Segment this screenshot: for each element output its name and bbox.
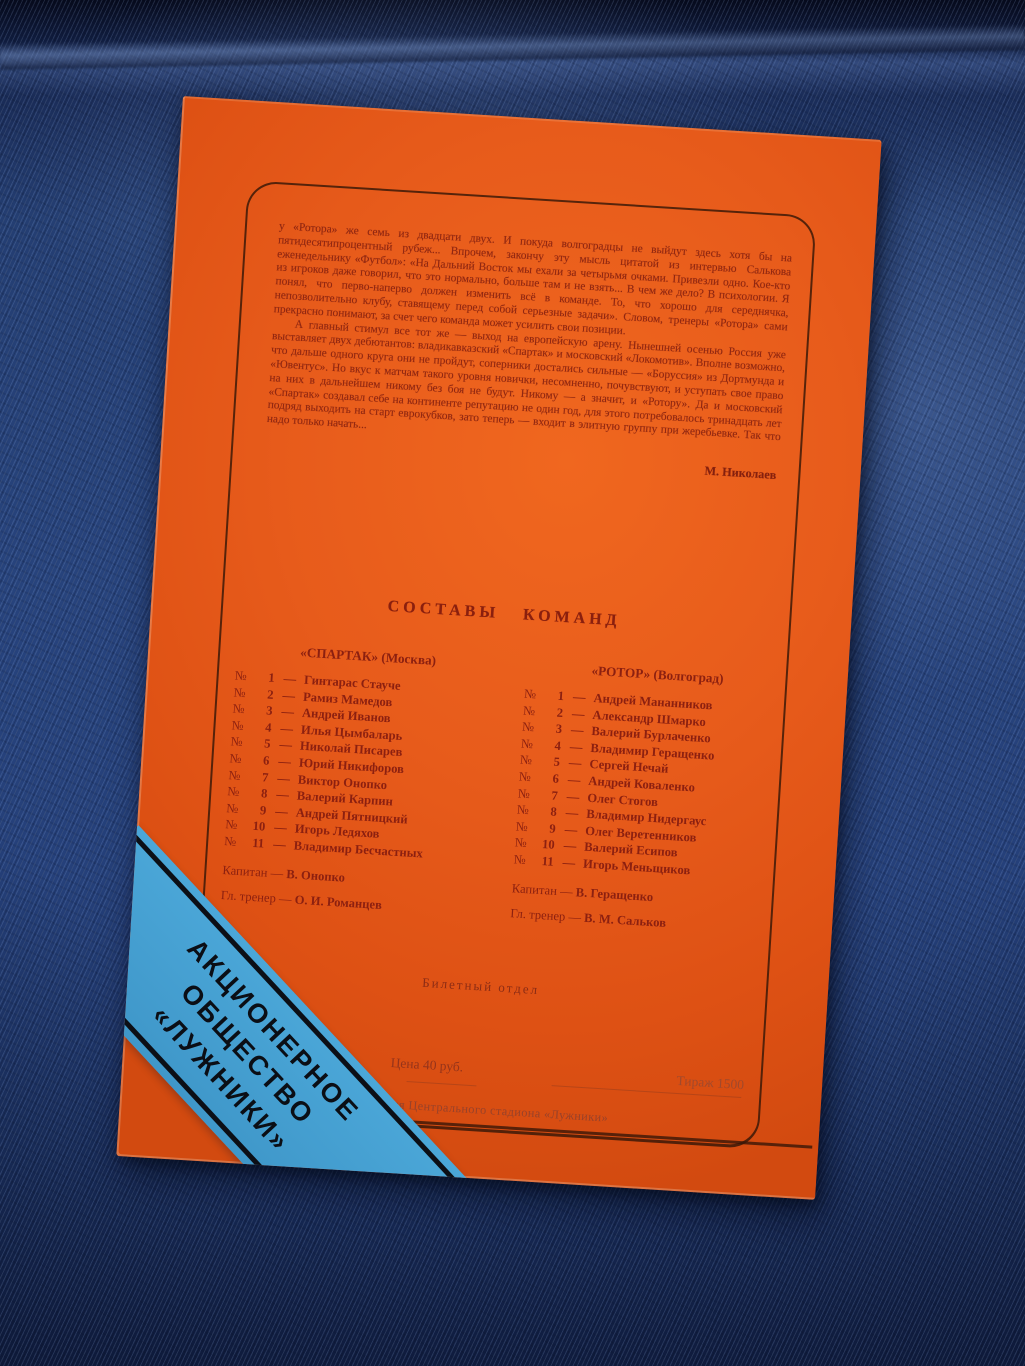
team-column-rotor: «РОТОР» (Волгоград) №1—Андрей Мананников… [510,659,790,938]
dash: — [277,703,303,721]
coach-label: Гл. тренер — [510,906,582,924]
dash: — [275,736,301,754]
captain-name-text: В. Геращенко [575,885,653,904]
captain-label: Капитан — [222,863,284,881]
photo-scene: у «Ротора» же семь из двадцати двух. И п… [0,0,1025,1366]
dash: — [562,788,588,806]
dash: — [274,753,300,771]
player-list: №1—Андрей Мананников№2—Александр Шмарко№… [513,686,788,885]
captain-label: Капитан — [511,881,573,899]
number-sign: № [524,686,543,704]
number-sign: № [516,802,535,820]
coach-label: Гл. тренер — [220,888,292,906]
player-number: 11 [242,834,265,852]
player-number: 10 [532,836,555,854]
number-sign: № [229,750,248,768]
number-sign: № [234,667,253,685]
dash: — [560,821,586,839]
player-number: 6 [247,751,270,769]
dash: — [272,786,298,804]
player-number: 4 [249,718,272,736]
dash: — [279,670,305,688]
dash: — [559,837,585,855]
player-number: 2 [541,703,564,721]
dash: — [276,720,302,738]
dash: — [565,738,591,756]
number-sign: № [228,767,247,785]
number-sign: № [225,816,244,834]
player-number: 1 [542,687,565,705]
player-number: 10 [243,818,266,836]
number-sign: № [230,734,249,752]
player-number: 8 [245,784,268,802]
dash: — [278,687,304,705]
number-sign: № [523,702,542,720]
fabric-seam [0,24,1025,70]
programme-back-cover: у «Ротора» же семь из двадцати двух. И п… [116,96,881,1200]
dash: — [558,854,584,872]
editorial-article: у «Ротора» же семь из двадцати двух. И п… [265,220,792,483]
dash: — [564,755,590,773]
player-number: 8 [534,803,557,821]
player-number: 5 [537,753,560,771]
dash: — [567,705,593,723]
number-sign: № [519,752,538,770]
dash: — [269,836,295,854]
player-number: 7 [246,768,269,786]
number-sign: № [518,768,537,786]
dash: — [271,803,297,821]
number-sign: № [517,785,536,803]
number-sign: № [520,735,539,753]
player-number: 5 [248,735,271,753]
player-number: 4 [538,736,561,754]
player-number: 9 [244,801,267,819]
player-number: 11 [531,852,554,870]
number-sign: № [514,835,533,853]
number-sign: № [227,783,246,801]
number-sign: № [226,800,245,818]
dash: — [569,688,595,706]
number-sign: № [232,701,251,719]
player-list: №1—Гинтарас Стауче№2—Рамиз Мамедов№3—Анд… [224,667,499,866]
captain-name-text: В. Онопко [286,867,345,885]
dash: — [270,819,296,837]
number-sign: № [233,684,252,702]
team-column-spartak: «СПАРТАК» (Москва) №1—Гинтарас Стауче№2—… [220,640,500,919]
dash: — [561,804,587,822]
player-number: 9 [533,819,556,837]
number-sign: № [522,719,541,737]
lineup-columns: «СПАРТАК» (Москва) №1—Гинтарас Стауче№2—… [220,640,789,937]
player-number: 3 [250,702,273,720]
dash: — [566,722,592,740]
player-number: 6 [536,770,559,788]
number-sign: № [231,717,250,735]
dash: — [273,770,299,788]
player-number: 2 [251,685,274,703]
player-number: 1 [252,669,275,687]
player-number: 7 [535,786,558,804]
player-number: 3 [539,720,562,738]
dash: — [563,771,589,789]
number-sign: № [515,818,534,836]
number-sign: № [224,833,243,851]
number-sign: № [513,851,532,869]
